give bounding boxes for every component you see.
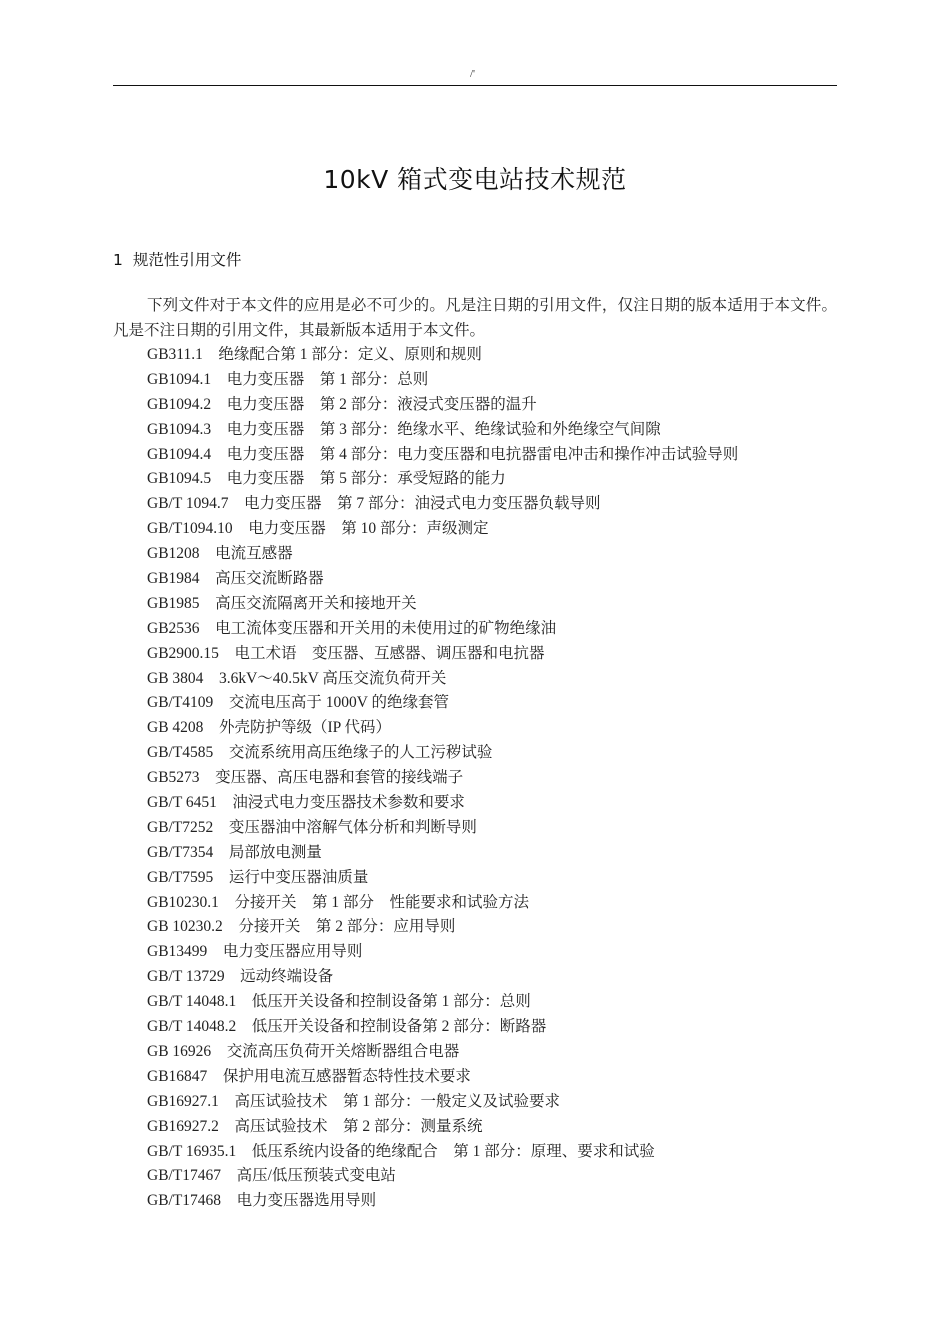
reference-code: GB/T4585 xyxy=(147,744,213,761)
reference-code: GB1094.2 xyxy=(147,396,211,413)
reference-item: GB16927.1 高压试验技术 第 1 部分：一般定义及试验要求 xyxy=(147,1090,738,1115)
reference-title: 变压器、高压电器和套管的接线端子 xyxy=(215,769,463,786)
reference-item: GB1984 高压交流断路器 xyxy=(147,567,738,592)
reference-title: 保护用电流互感器暂态特性技术要求 xyxy=(223,1068,471,1085)
reference-item: GB/T7252 变压器油中溶解气体分析和判断导则 xyxy=(147,816,738,841)
reference-item: GB10230.1 分接开关 第 1 部分 性能要求和试验方法 xyxy=(147,891,738,916)
document-page: /' 10kV 箱式变电站技术规范 1规范性引用文件 下列文件对于本文件的应用是… xyxy=(0,0,950,1344)
reference-item: GB/T 13729 远动终端设备 xyxy=(147,965,738,990)
reference-item: GB/T 6451 油浸式电力变压器技术参数和要求 xyxy=(147,791,738,816)
reference-item: GB2900.15 电工术语 变压器、互感器、调压器和电抗器 xyxy=(147,642,738,667)
reference-item: GB 3804 3.6kV～40.5kV 高压交流负荷开关 xyxy=(147,667,738,692)
section-number: 1 xyxy=(113,251,123,269)
reference-code: GB 10230.2 xyxy=(147,918,223,935)
reference-title: 高压/低压预装式变电站 xyxy=(237,1167,396,1184)
reference-code: GB2900.15 xyxy=(147,645,219,662)
reference-code: GB1094.4 xyxy=(147,446,211,463)
reference-title: 电力变压器 第 7 部分：油浸式电力变压器负载导则 xyxy=(244,495,601,512)
reference-code: GB/T 6451 xyxy=(147,794,217,811)
reference-title: 分接开关 第 2 部分：应用导则 xyxy=(238,918,455,935)
reference-item: GB13499 电力变压器应用导则 xyxy=(147,940,738,965)
reference-title: 远动终端设备 xyxy=(240,968,333,985)
reference-title: 分接开关 第 1 部分 性能要求和试验方法 xyxy=(234,894,529,911)
reference-item: GB1094.3 电力变压器 第 3 部分：绝缘水平、绝缘试验和外绝缘空气间隙 xyxy=(147,418,738,443)
reference-code: GB/T 16935.1 xyxy=(147,1143,236,1160)
reference-code: GB16927.2 xyxy=(147,1118,219,1135)
reference-item: GB1094.4 电力变压器 第 4 部分：电力变压器和电抗器雷电冲击和操作冲击… xyxy=(147,443,738,468)
reference-code: GB1985 xyxy=(147,595,200,612)
reference-item: GB/T4585 交流系统用高压绝缘子的人工污秽试验 xyxy=(147,741,738,766)
reference-item: GB 10230.2 分接开关 第 2 部分：应用导则 xyxy=(147,915,738,940)
reference-item: GB/T17468 电力变压器选用导则 xyxy=(147,1189,738,1214)
reference-item: GB5273 变压器、高压电器和套管的接线端子 xyxy=(147,766,738,791)
reference-code: GB/T 14048.1 xyxy=(147,993,236,1010)
reference-code: GB/T 13729 xyxy=(147,968,225,985)
reference-code: GB1208 xyxy=(147,545,200,562)
reference-code: GB13499 xyxy=(147,943,207,960)
reference-title: 电力变压器 第 10 部分：声级测定 xyxy=(248,520,488,537)
reference-item: GB1208 电流互感器 xyxy=(147,542,738,567)
reference-title: 高压试验技术 第 2 部分：测量系统 xyxy=(234,1118,482,1135)
reference-item: GB/T 1094.7 电力变压器 第 7 部分：油浸式电力变压器负载导则 xyxy=(147,492,738,517)
reference-item: GB 4208 外壳防护等级（IP 代码） xyxy=(147,716,738,741)
document-title: 10kV 箱式变电站技术规范 xyxy=(0,160,950,196)
header-divider xyxy=(113,85,837,86)
reference-title: 电工术语 变压器、互感器、调压器和电抗器 xyxy=(234,645,544,662)
header-mark: /' xyxy=(470,68,475,80)
reference-item: GB/T 14048.1 低压开关设备和控制设备第 1 部分：总则 xyxy=(147,990,738,1015)
reference-code: GB2536 xyxy=(147,620,200,637)
reference-code: GB/T1094.10 xyxy=(147,520,233,537)
reference-item: GB2536 电工流体变压器和开关用的未使用过的矿物绝缘油 xyxy=(147,617,738,642)
reference-title: 电力变压器 第 2 部分：液浸式变压器的温升 xyxy=(227,396,537,413)
reference-title: 低压开关设备和控制设备第 2 部分：断路器 xyxy=(252,1018,547,1035)
reference-title: 低压开关设备和控制设备第 1 部分：总则 xyxy=(252,993,531,1010)
reference-code: GB1094.1 xyxy=(147,371,211,388)
reference-code: GB/T 1094.7 xyxy=(147,495,229,512)
reference-code: GB/T 14048.2 xyxy=(147,1018,236,1035)
reference-code: GB 16926 xyxy=(147,1043,211,1060)
reference-code: GB/T17468 xyxy=(147,1192,221,1209)
reference-title: 电力变压器 第 4 部分：电力变压器和电抗器雷电冲击和操作冲击试验导则 xyxy=(227,446,739,463)
reference-code: GB1094.5 xyxy=(147,470,211,487)
reference-item: GB16847 保护用电流互感器暂态特性技术要求 xyxy=(147,1065,738,1090)
reference-code: GB/T4109 xyxy=(147,694,213,711)
reference-title: 电力变压器选用导则 xyxy=(237,1192,377,1209)
reference-title: 交流高压负荷开关熔断器组合电器 xyxy=(227,1043,460,1060)
reference-title: 变压器油中溶解气体分析和判断导则 xyxy=(229,819,477,836)
reference-code: GB311.1 xyxy=(147,346,203,363)
reference-code: GB/T7595 xyxy=(147,869,213,886)
reference-item: GB1094.2 电力变压器 第 2 部分：液浸式变压器的温升 xyxy=(147,393,738,418)
reference-title: 运行中变压器油质量 xyxy=(229,869,369,886)
reference-title: 电流互感器 xyxy=(215,545,293,562)
reference-code: GB10230.1 xyxy=(147,894,219,911)
reference-item: GB/T1094.10 电力变压器 第 10 部分：声级测定 xyxy=(147,517,738,542)
reference-title: 高压交流隔离开关和接地开关 xyxy=(215,595,417,612)
intro-paragraph: 下列文件对于本文件的应用是必不可少的。凡是注日期的引用文件，仅注日期的版本适用于… xyxy=(113,294,837,344)
reference-item: GB/T 14048.2 低压开关设备和控制设备第 2 部分：断路器 xyxy=(147,1015,738,1040)
reference-title: 电工流体变压器和开关用的未使用过的矿物绝缘油 xyxy=(215,620,556,637)
reference-code: GB16847 xyxy=(147,1068,207,1085)
section-heading: 1规范性引用文件 xyxy=(113,248,241,270)
reference-title: 电力变压器 第 5 部分：承受短路的能力 xyxy=(227,470,506,487)
reference-item: GB/T17467 高压/低压预装式变电站 xyxy=(147,1164,738,1189)
reference-item: GB/T7595 运行中变压器油质量 xyxy=(147,866,738,891)
reference-item: GB1094.1 电力变压器 第 1 部分：总则 xyxy=(147,368,738,393)
reference-code: GB5273 xyxy=(147,769,200,786)
reference-item: GB1094.5 电力变压器 第 5 部分：承受短路的能力 xyxy=(147,467,738,492)
reference-title: 电力变压器应用导则 xyxy=(223,943,363,960)
reference-title: 绝缘配合第 1 部分：定义、原则和规则 xyxy=(218,346,482,363)
reference-item: GB/T4109 交流电压高于 1000V 的绝缘套管 xyxy=(147,691,738,716)
reference-code: GB/T7252 xyxy=(147,819,213,836)
reference-code: GB1094.3 xyxy=(147,421,211,438)
reference-title: 高压交流断路器 xyxy=(215,570,324,587)
reference-item: GB/T7354 局部放电测量 xyxy=(147,841,738,866)
reference-title: 3.6kV～40.5kV 高压交流负荷开关 xyxy=(219,670,446,687)
reference-title: 电力变压器 第 3 部分：绝缘水平、绝缘试验和外绝缘空气间隙 xyxy=(227,421,661,438)
reference-item: GB/T 16935.1 低压系统内设备的绝缘配合 第 1 部分：原理、要求和试… xyxy=(147,1140,738,1165)
reference-code: GB1984 xyxy=(147,570,200,587)
reference-title: 局部放电测量 xyxy=(229,844,322,861)
reference-code: GB 3804 xyxy=(147,670,203,687)
reference-code: GB 4208 xyxy=(147,719,203,736)
reference-item: GB311.1 绝缘配合第 1 部分：定义、原则和规则 xyxy=(147,343,738,368)
reference-code: GB/T7354 xyxy=(147,844,213,861)
reference-code: GB16927.1 xyxy=(147,1093,219,1110)
reference-title: 交流电压高于 1000V 的绝缘套管 xyxy=(229,694,449,711)
reference-item: GB1985 高压交流隔离开关和接地开关 xyxy=(147,592,738,617)
reference-item: GB16927.2 高压试验技术 第 2 部分：测量系统 xyxy=(147,1115,738,1140)
reference-list: GB311.1 绝缘配合第 1 部分：定义、原则和规则GB1094.1 电力变压… xyxy=(147,343,738,1214)
reference-item: GB 16926 交流高压负荷开关熔断器组合电器 xyxy=(147,1040,738,1065)
reference-title: 低压系统内设备的绝缘配合 第 1 部分：原理、要求和试验 xyxy=(252,1143,655,1160)
reference-title: 油浸式电力变压器技术参数和要求 xyxy=(232,794,465,811)
reference-title: 外壳防护等级（IP 代码） xyxy=(219,719,391,736)
reference-title: 高压试验技术 第 1 部分：一般定义及试验要求 xyxy=(234,1093,560,1110)
section-title: 规范性引用文件 xyxy=(133,251,242,269)
reference-title: 电力变压器 第 1 部分：总则 xyxy=(227,371,429,388)
reference-title: 交流系统用高压绝缘子的人工污秽试验 xyxy=(229,744,493,761)
reference-code: GB/T17467 xyxy=(147,1167,221,1184)
